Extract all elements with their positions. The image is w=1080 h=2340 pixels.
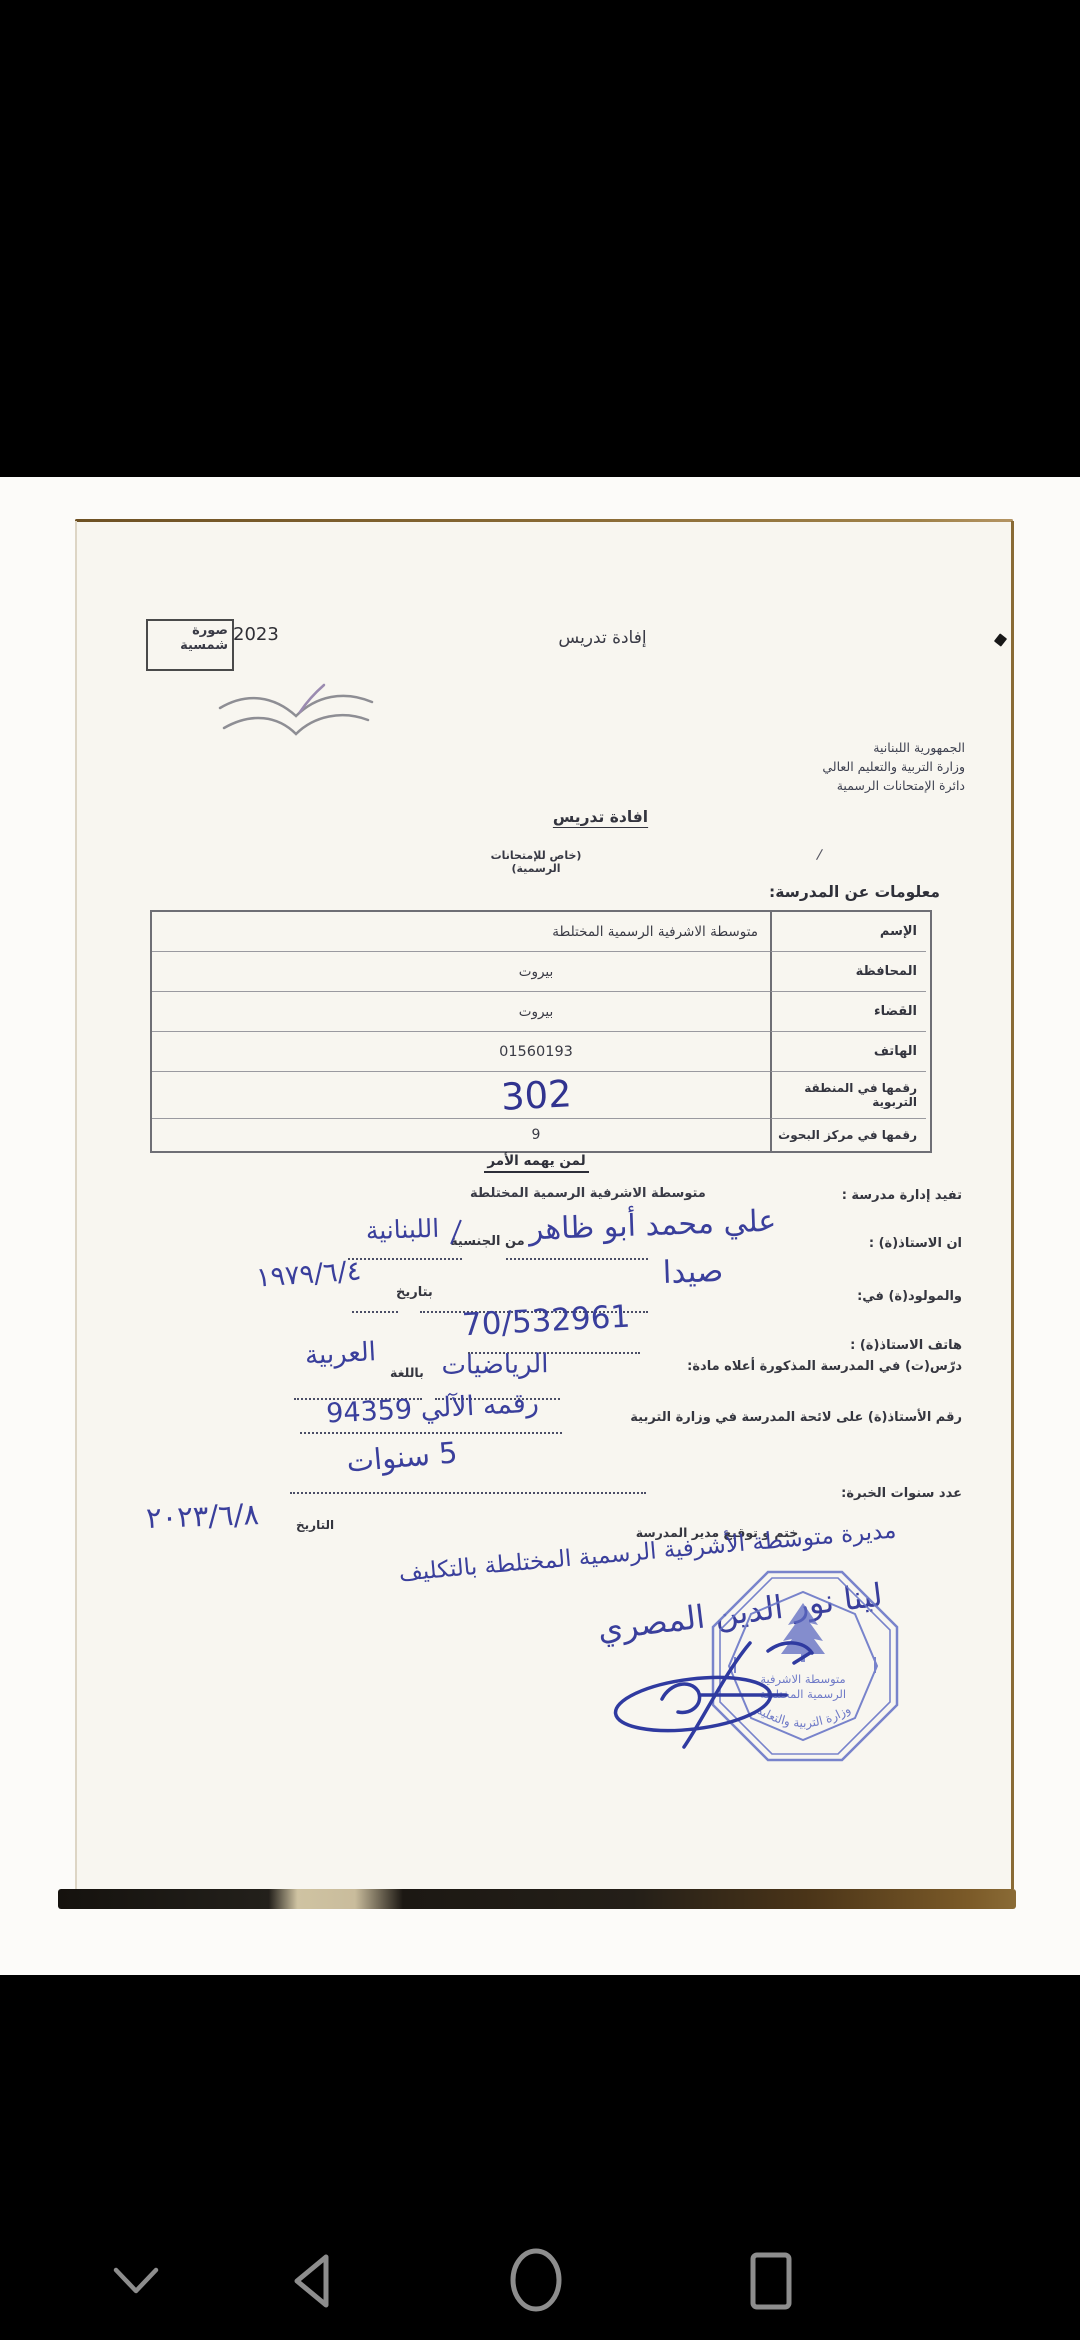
paper-top-edge — [75, 519, 1013, 522]
photo-box: صورة شمسية — [146, 619, 234, 671]
table-label-district: القضاء — [770, 991, 926, 1031]
doc-subtitle: (خاص للإمتحانات الرسمية) — [466, 849, 606, 875]
school-info-table: متوسطة الاشرفية الرسمية المختلطة الإسم ب… — [150, 910, 932, 1153]
table-label-governorate: المحافظة — [770, 951, 926, 991]
paper-left-edge — [75, 521, 77, 1889]
table-label-name: الإسم — [770, 912, 926, 951]
ministry-line-2: وزارة التربية والتعليم العالي — [760, 757, 965, 776]
chevron-down-icon[interactable] — [108, 2262, 164, 2300]
table-value-district: بيروت — [152, 991, 770, 1031]
birth-date-label: بتاريخ — [396, 1285, 433, 1300]
principal-signature — [598, 1629, 848, 1754]
dotted-line — [348, 1258, 462, 1260]
experience-label: عدد سنوات الخبرة: — [841, 1486, 962, 1501]
birth-place-handwritten: صيدا — [647, 1252, 738, 1291]
table-value-governorate: بيروت — [152, 951, 770, 991]
top-letterbox — [0, 0, 1080, 477]
document-photo: صورة شمسية 2023 إفادة تدريس الجمهورية ال… — [0, 477, 1080, 1975]
phone-label: هاتف الاستاذ(ة) : — [850, 1338, 962, 1353]
table-value-phone: 01560193 — [152, 1031, 770, 1071]
roster-label: رقم الأستاذ(ة) على لائحة المدرسة في وزار… — [630, 1410, 962, 1425]
year-value: 2023 — [233, 624, 279, 645]
nationality-label: من الجنسية — [450, 1234, 525, 1249]
doc-title: افادة تدريس — [538, 808, 663, 826]
to-whom-title: لمن يهمه الأمر — [484, 1153, 589, 1173]
language-label: باللغة — [390, 1365, 424, 1380]
birth-label: والمولود(ة) في: — [857, 1289, 962, 1304]
top-title: إفادة تدريس — [540, 628, 665, 648]
date-handwritten: ٢٠٢٣/٦/٨ — [145, 1497, 259, 1535]
table-value-research-number: 9 — [152, 1118, 770, 1151]
phone-screen: صورة شمسية 2023 إفادة تدريس الجمهورية ال… — [0, 0, 1080, 2340]
back-button-icon[interactable] — [287, 2250, 335, 2312]
dotted-line — [352, 1311, 398, 1313]
photo-box-label: صورة شمسية — [172, 621, 232, 656]
teacher-label: ان الاستاذ(ة) : — [869, 1236, 962, 1251]
table-label-research-number: رقمها في مركز البحوث — [770, 1118, 926, 1151]
paper-bottom-shadow — [58, 1889, 1016, 1909]
pencil-squiggle — [212, 680, 382, 762]
subject-handwritten: الرياضيات — [425, 1349, 566, 1381]
school-admin-value: متوسطة الاشرفية الرسمية المختلطة — [470, 1186, 706, 1201]
table-label-district-number: رقمها في المنطقة التربوية — [770, 1071, 926, 1118]
dotted-line — [506, 1258, 648, 1260]
navigation-bar — [0, 2230, 1080, 2340]
paper-right-edge — [1011, 521, 1014, 1889]
ministry-line-3: دائرة الإمتحانات الرسمية — [760, 776, 965, 795]
home-button-icon[interactable] — [508, 2247, 564, 2313]
dotted-line — [300, 1432, 562, 1434]
school-admin-label: تفيد إدارة مدرسة : — [842, 1188, 962, 1203]
table-label-phone: الهاتف — [770, 1031, 926, 1071]
nationality-handwritten: اللبنانية — [350, 1213, 456, 1246]
date-label: التاريخ — [296, 1518, 334, 1532]
subject-label: درّس(ت) في المدرسة المذكورة أعلاه مادة: — [687, 1359, 962, 1374]
table-value-name: متوسطة الاشرفية الرسمية المختلطة — [152, 912, 770, 951]
recents-button-icon[interactable] — [748, 2250, 794, 2312]
school-info-title: معلومات عن المدرسة: — [700, 883, 940, 901]
handwritten-302: 302 — [500, 1072, 573, 1119]
ministry-line-1: الجمهورية اللبنانية — [760, 738, 965, 757]
ministry-header: الجمهورية اللبنانية وزارة التربية والتعل… — [760, 738, 965, 795]
dotted-line — [290, 1492, 646, 1494]
language-handwritten: العربية — [287, 1336, 393, 1371]
table-value-district-number: 302 — [152, 1071, 770, 1118]
